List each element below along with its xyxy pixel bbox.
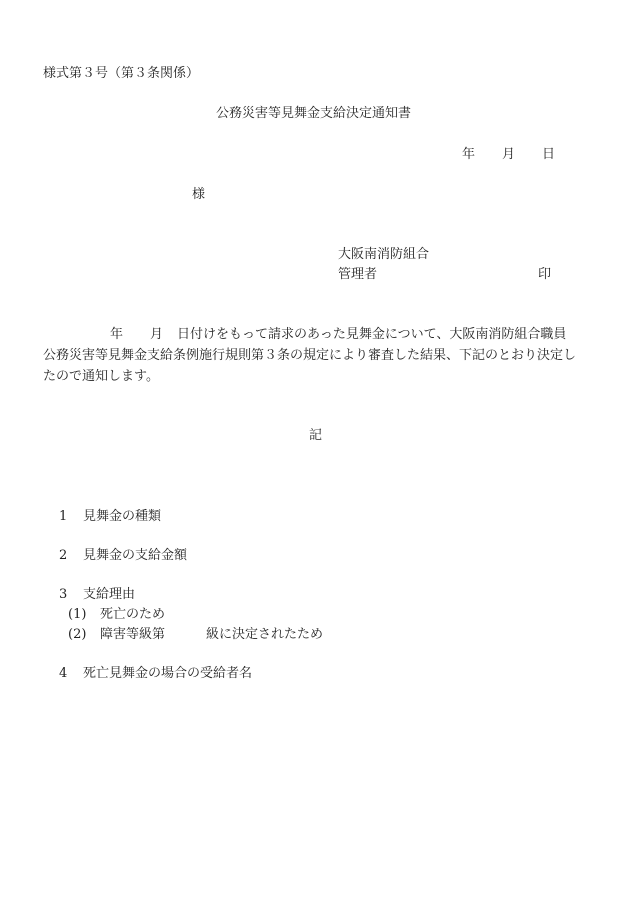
body-line-2: 公務災害等見舞金支給条例施行規則第３条の規定により審査した結果、下記のとおり決定… (43, 349, 576, 362)
subitem-label: 死亡のため (100, 608, 165, 621)
ki-heading: 記 (309, 429, 322, 442)
issuer-organization: 大阪南消防組合 (338, 248, 429, 261)
form-number: 様式第３号（第３条関係） (43, 67, 199, 80)
item-number: 1 (59, 510, 67, 523)
document-title: 公務災害等見舞金支給決定通知書 (216, 107, 411, 120)
subitem-label: 障害等級第 (100, 628, 165, 641)
addressee-suffix: 様 (192, 188, 205, 201)
seal-mark: 印 (538, 268, 551, 281)
body-line-1-text: 日付けをもって請求のあった見舞金について、大阪南消防組合職員 (177, 328, 566, 341)
subitem-number: (1) (68, 608, 86, 621)
item-label: 見舞金の種類 (83, 510, 161, 523)
item-label: 支給理由 (83, 588, 135, 601)
item-number: 4 (59, 667, 67, 680)
item-label: 見舞金の支給金額 (83, 549, 187, 562)
body-year-label: 年 (110, 328, 123, 341)
subitem-number: (2) (68, 628, 86, 641)
subitem-suffix: 級に決定されたため (206, 628, 323, 641)
body-month-label: 月 (150, 328, 163, 341)
item-label: 死亡見舞金の場合の受給者名 (83, 667, 252, 680)
date-month-label: 月 (502, 148, 515, 161)
item-number: 2 (59, 549, 67, 562)
date-year-label: 年 (462, 148, 475, 161)
issuer-position: 管理者 (338, 268, 377, 281)
body-line-3: たので通知します。 (43, 370, 159, 383)
item-number: 3 (59, 588, 67, 601)
date-day-label: 日 (542, 148, 555, 161)
